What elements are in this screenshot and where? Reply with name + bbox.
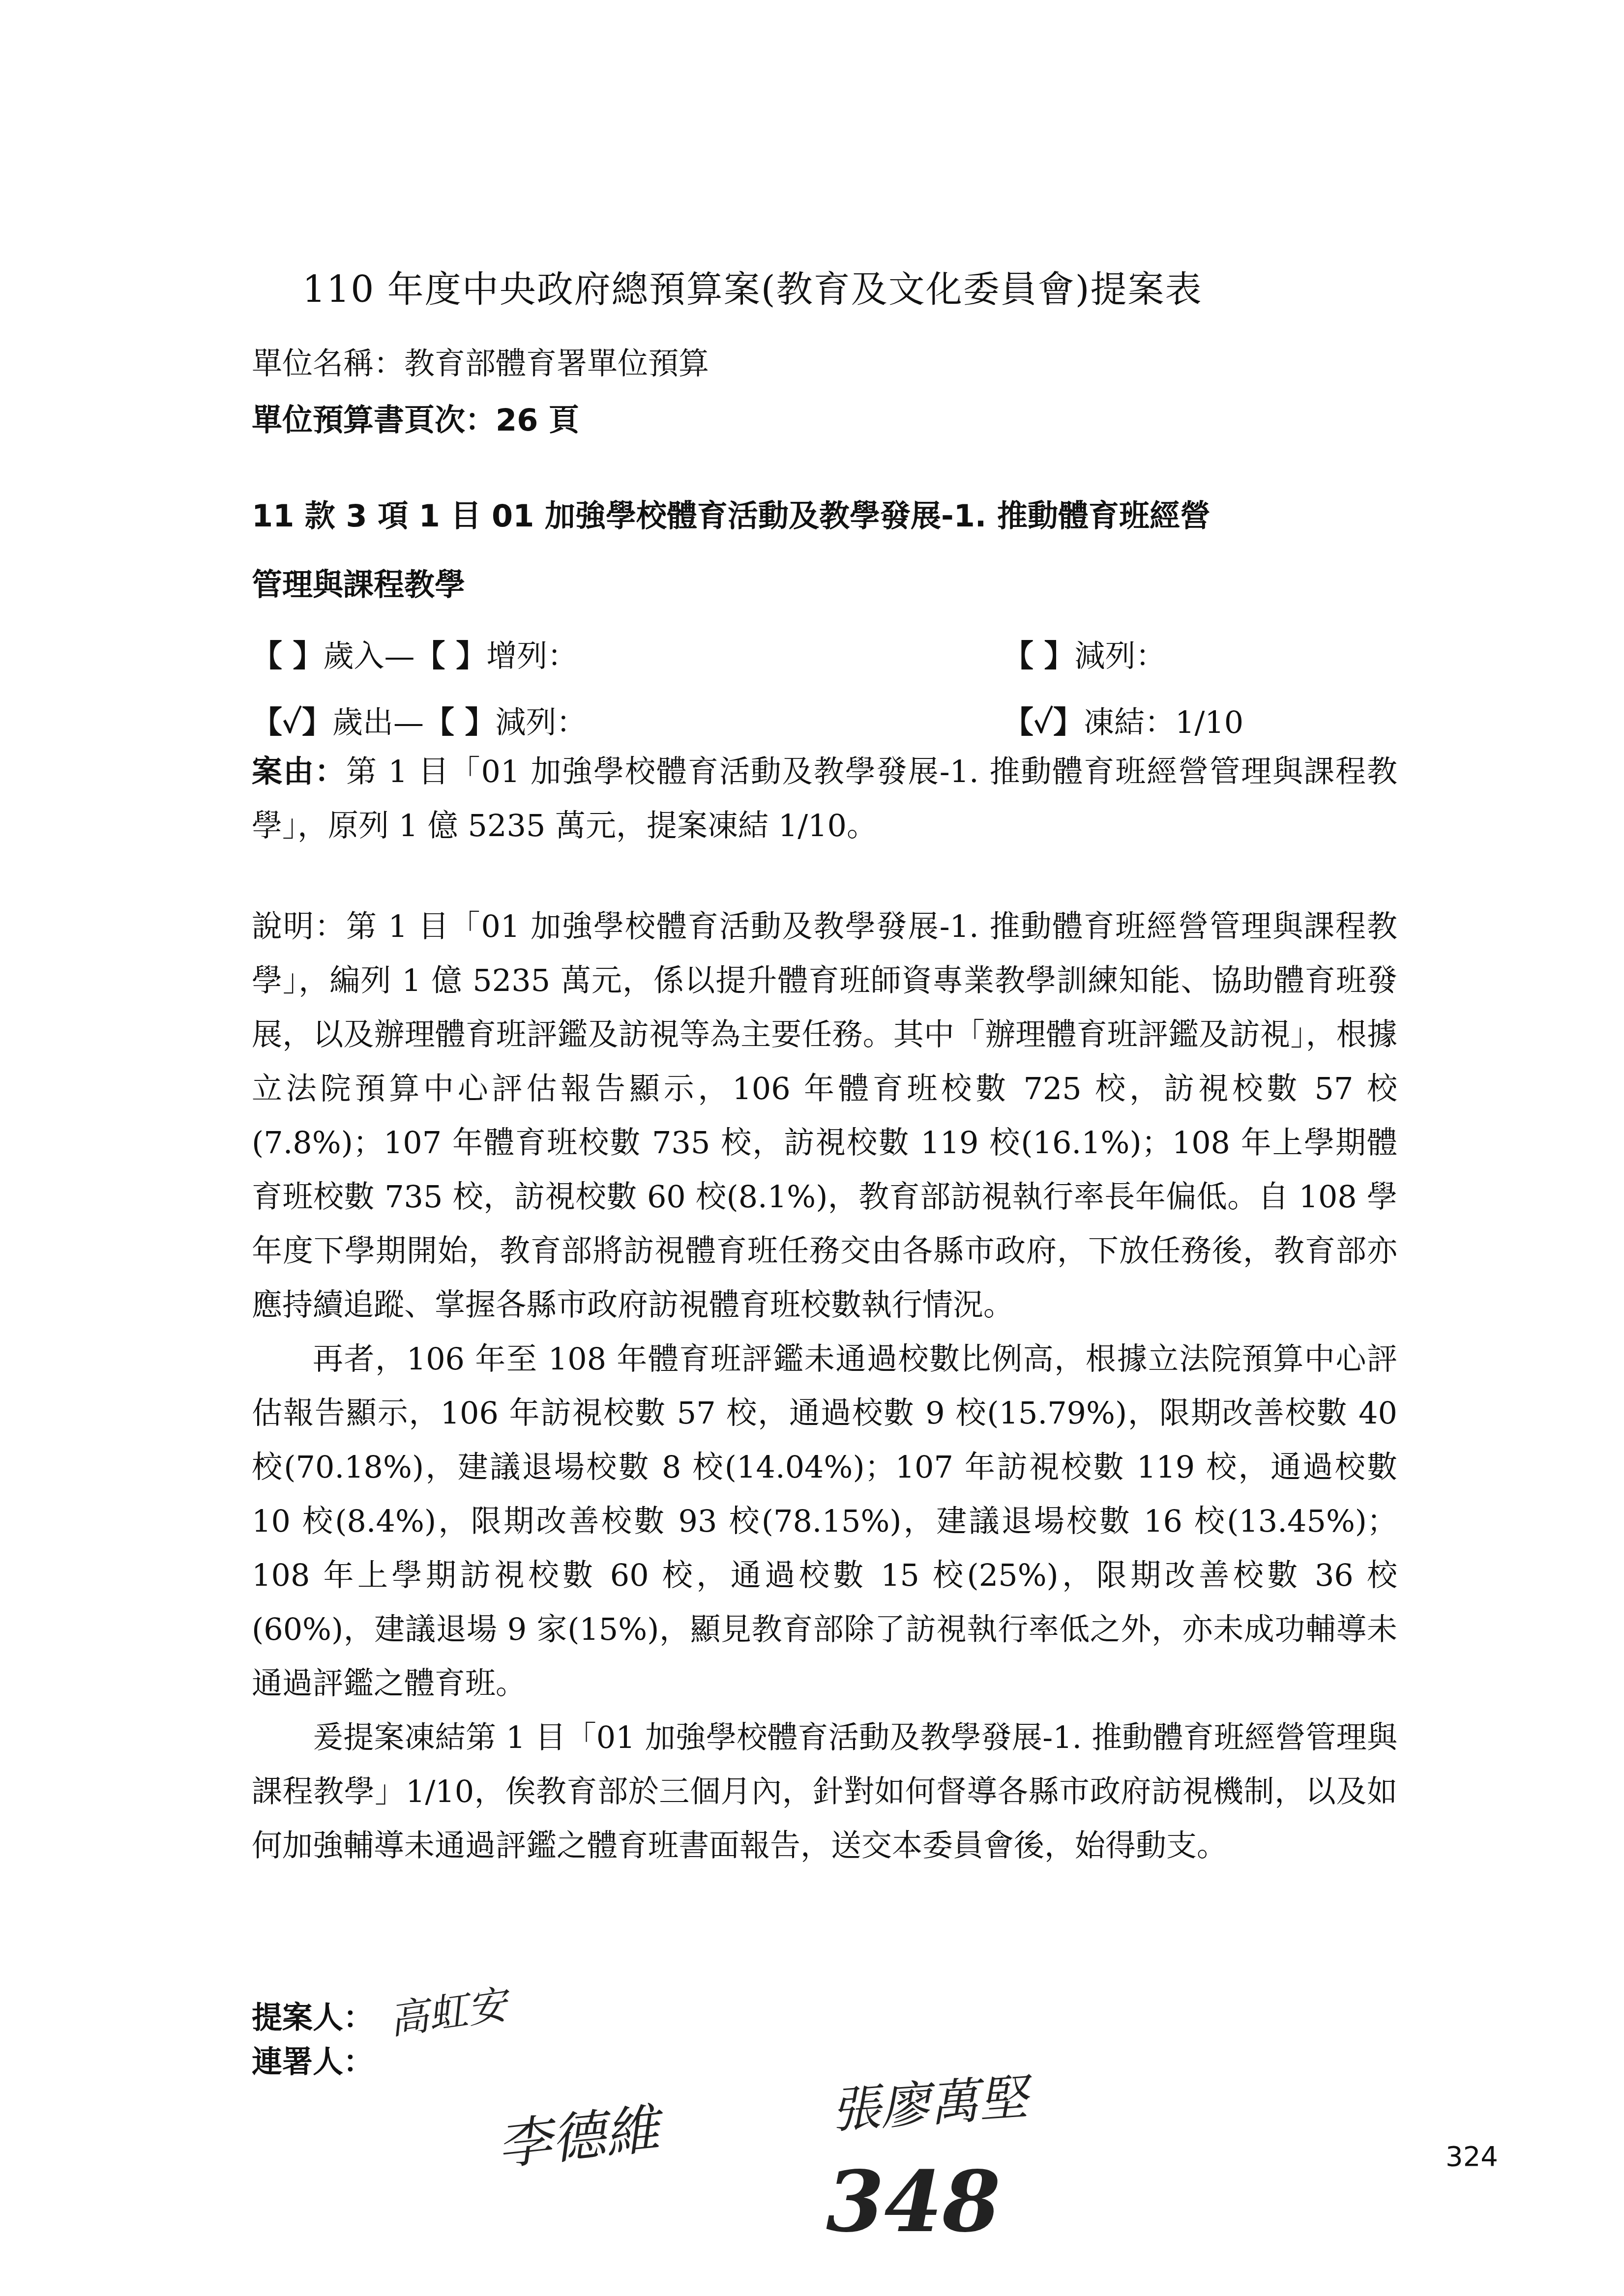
cosigner-signature-2: 張廖萬堅	[828, 2058, 1030, 2142]
revenue-row: 【 】歲入—【 】增列：	[252, 632, 578, 675]
budget-page-value: 26 頁	[496, 402, 579, 438]
revenue-decrease-row: 【 】減列：	[1003, 632, 1166, 675]
stamp-number: 348	[826, 2153, 1001, 2251]
item-heading-line2: 管理與課程教學	[252, 560, 465, 604]
revenue-increase-label: 增列：	[486, 638, 578, 674]
reason-label: 案由：	[252, 754, 346, 789]
revenue-decrease-label: 減列：	[1075, 638, 1166, 674]
freeze-label: 凍結：1/10	[1084, 704, 1243, 740]
item-heading-line1: 11 款 3 項 1 目 01 加強學校體育活動及教學發展-1. 推動體育班經營	[252, 492, 1211, 535]
freeze-checkbox[interactable]: 【✓】	[1003, 704, 1084, 740]
budget-page: 單位預算書頁次：26 頁	[252, 396, 579, 439]
explanation-label: 說明：	[252, 908, 346, 944]
expenditure-label: 歲出—	[332, 704, 424, 740]
explanation-section: 說明：第 1 目「01 加強學校體育活動及教學發展-1. 推動體育班經營管理與課…	[252, 900, 1397, 1873]
unit-name: 單位名稱：教育部體育署單位預算	[252, 339, 709, 383]
revenue-decrease-checkbox[interactable]: 【 】	[1003, 638, 1075, 674]
explanation-paragraph-3: 爰提案凍結第 1 目「01 加強學校體育活動及教學發展-1. 推動體育班經營管理…	[252, 1711, 1397, 1873]
cosigner-label: 連署人：	[252, 2037, 374, 2081]
explanation-paragraph-1: 第 1 目「01 加強學校體育活動及教學發展-1. 推動體育班經營管理與課程教學…	[252, 908, 1397, 1323]
document-title: 110 年度中央政府總預算案(教育及文化委員會)提案表	[302, 261, 1203, 313]
unit-name-value: 教育部體育署單位預算	[404, 346, 709, 381]
revenue-increase-checkbox[interactable]: 【 】	[415, 638, 487, 674]
unit-name-label: 單位名稱：	[252, 346, 404, 381]
expenditure-checkbox[interactable]: 【✓】	[252, 704, 332, 740]
page-number: 324	[1446, 2141, 1498, 2173]
freeze-row: 【✓】凍結：1/10	[1003, 698, 1243, 742]
expenditure-decrease-checkbox[interactable]: 【 】	[424, 704, 496, 740]
explanation-paragraph-2: 再者，106 年至 108 年體育班評鑑未通過校數比例高，根據立法院預算中心評估…	[252, 1332, 1397, 1711]
expenditure-decrease-label: 減列：	[496, 704, 587, 740]
revenue-label: 歲入—	[324, 638, 415, 674]
proposer-label: 提案人：	[252, 1993, 374, 2037]
reason-text: 第 1 目「01 加強學校體育活動及教學發展-1. 推動體育班經營管理與課程教學…	[252, 754, 1397, 843]
expenditure-row: 【✓】歲出—【 】減列：	[252, 698, 587, 742]
proposer-signature: 高虹安	[385, 1973, 510, 2045]
budget-page-label: 單位預算書頁次：	[252, 402, 496, 438]
revenue-checkbox[interactable]: 【 】	[252, 638, 324, 674]
reason-section: 案由：第 1 目「01 加強學校體育活動及教學發展-1. 推動體育班經營管理與課…	[252, 745, 1397, 853]
cosigner-signature-1: 李德維	[493, 2086, 663, 2180]
